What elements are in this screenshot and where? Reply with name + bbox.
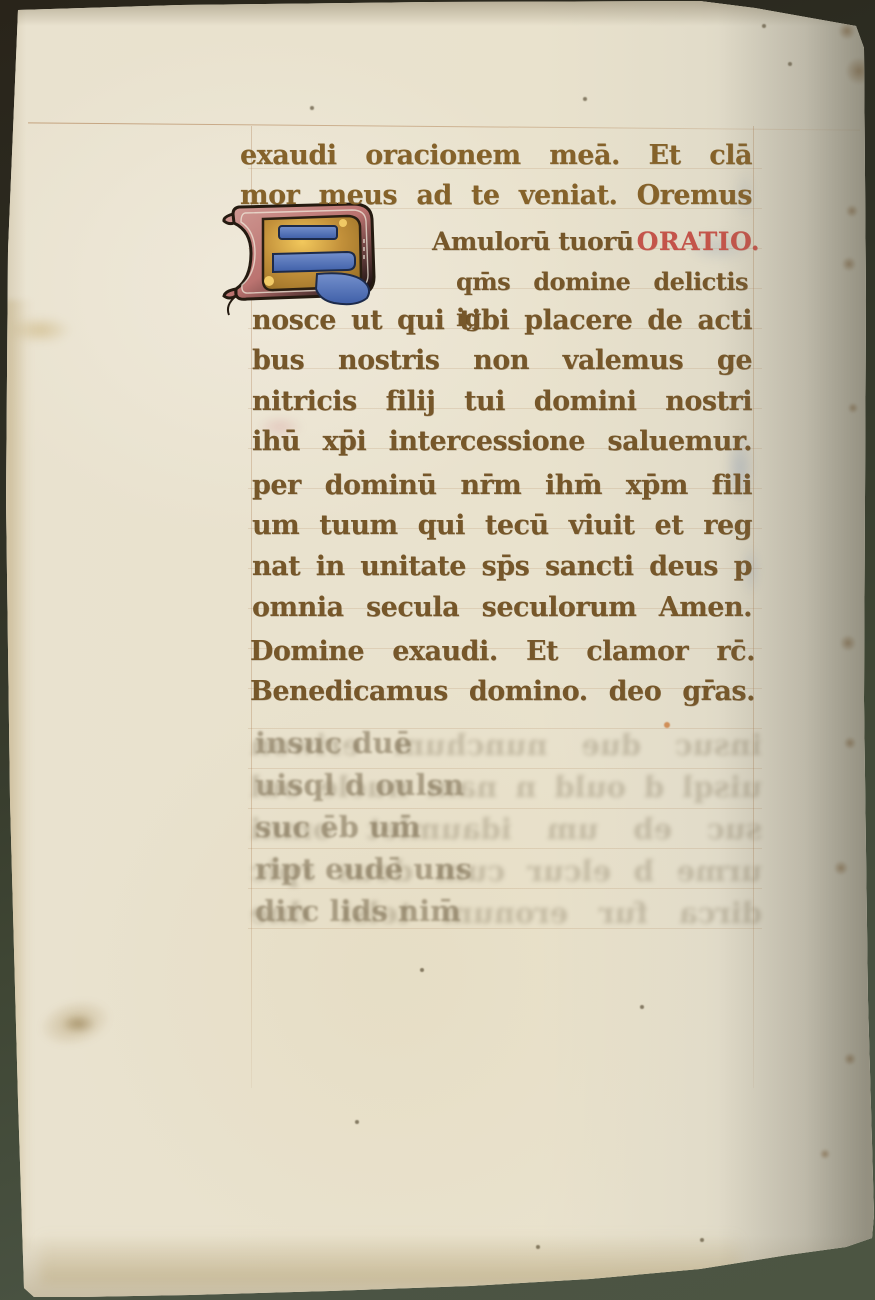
foxing-spot: [844, 736, 856, 750]
ghost-fragment: ript eudē uns: [255, 848, 525, 890]
rubric-oratio: ORATIO.: [637, 224, 760, 260]
text-line: nitricis filij tui domini nostri: [252, 384, 752, 420]
foxing-spot: [846, 56, 872, 86]
foxing-spot: [846, 204, 858, 218]
foxing-spot: [838, 22, 856, 40]
text-line: nosce ut qui tibi placere de acti: [252, 303, 752, 339]
illuminated-initial-F: [221, 201, 383, 317]
text-line: omnia secula seculorum Amen.: [252, 590, 752, 626]
foxing-spot: [834, 860, 848, 876]
foxing-spot: [842, 256, 856, 272]
stain: [62, 1014, 96, 1034]
ghost-fragment: insuc duē: [255, 722, 525, 764]
stain: [34, 992, 117, 1055]
text-line: Benedicamus domino. deo gr̄as.: [250, 674, 755, 710]
speck: [700, 1238, 704, 1242]
initial-letter-mid-bar: [273, 252, 355, 272]
ruling-line-right-margin: [753, 126, 754, 1088]
text-line: exaudi oracionem meā. Et clā: [240, 138, 752, 174]
ruling-line-top: [28, 122, 860, 130]
parchment-page: exaudi oracionem meā. Et clā mor meus ad…: [0, 0, 875, 1300]
speck: [640, 1005, 644, 1009]
speck: [420, 968, 424, 972]
text-line: um tuum qui tecū viuit et reg: [252, 508, 752, 544]
speck: [310, 106, 314, 110]
edge-discoloration: [6, 300, 32, 1250]
ghost-fragment: uisql d oulsn: [255, 764, 525, 806]
foxing-spot: [820, 1148, 830, 1160]
speck: [788, 62, 792, 66]
ghost-fragment: suc ēb um̄: [255, 806, 525, 848]
text-line: bus nostris non valemus ge: [252, 343, 752, 379]
text-line: ihū xp̄i intercessione saluemur.: [252, 424, 752, 460]
text-line: Domine exaudi. Et clamor rc̄.: [250, 634, 755, 670]
ghost-fragment: dirc lids nim̄: [255, 890, 525, 932]
edge-discoloration: [40, 1232, 740, 1284]
text-line: mor meus ad te veniat. Oremus: [240, 178, 752, 214]
foxing-spot: [840, 634, 856, 652]
gold-sparkle: [339, 219, 347, 227]
text-line: per dominū nr̄m ihm̄ xp̄m fili: [252, 468, 752, 504]
foxing-spot: [848, 402, 858, 414]
gold-sparkle: [264, 276, 274, 286]
foxing-spot: [844, 1052, 856, 1066]
speck: [583, 97, 587, 101]
speck: [762, 24, 766, 28]
stain: [8, 316, 72, 344]
speck: [536, 1245, 540, 1249]
initial-letter-top-bar: [279, 226, 337, 239]
text-line: Amulorū tuorū: [432, 224, 634, 260]
text-line-with-rubric: Amulorū tuorū ORATIO.: [432, 224, 760, 260]
speck: [355, 1120, 359, 1124]
text-line: nat in unitate sp̄s sancti deus p: [252, 549, 752, 585]
bleedthrough-fragments: insuc duē uisql d oulsn suc ēb um̄ ript …: [255, 722, 525, 932]
